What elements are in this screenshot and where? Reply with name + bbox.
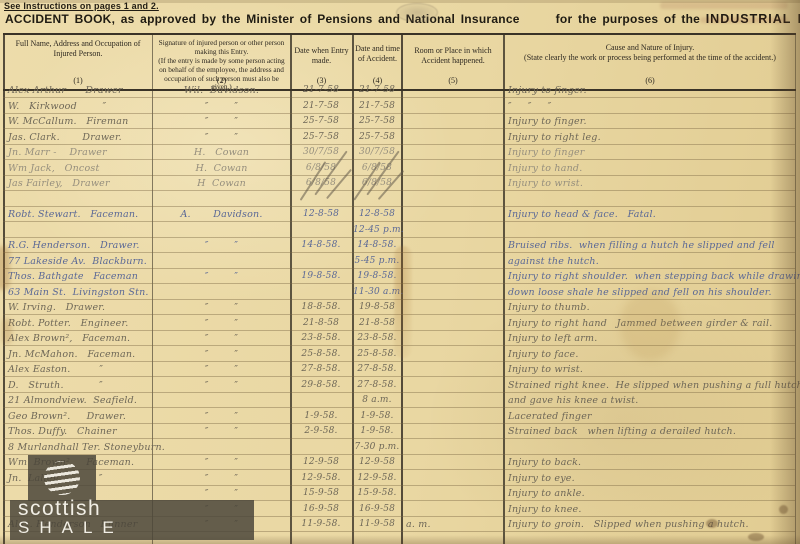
name-cell: D. Struth. ″ [8,381,150,394]
name-cell: Jn. Marr - Drawer [8,148,150,161]
injury-cell: Injury to hand. [508,164,795,177]
accident-date-cell: 27-8-58. [353,381,401,394]
entry-date-cell: 21-7-58 [292,102,350,115]
accident-date-cell: 11-9-58 [353,520,401,533]
name-cell: W. Kirkwood ″ [8,102,150,115]
entry-date-cell: 16-9-58 [292,505,350,518]
signature-cell: ″ ″ [155,319,288,332]
injury-cell: Injury to wrist. [508,179,795,192]
name-cell: Thos. Bathgate Faceman [8,272,150,285]
entry-date-cell: 18-8-58. [292,303,350,316]
entry-date-cell: 29-8-58. [292,381,350,394]
injury-cell: and gave his knee a twist. [508,396,795,409]
entry-date-cell: 23-8-58. [292,334,350,347]
injury-cell: Injury to knee. [508,505,795,518]
name-cell: Alex Easton. ″ [8,365,150,378]
accident-date-cell: 12-8-58 [353,210,401,223]
name-cell: Robt. Potter. Engineer. [8,319,150,332]
injury-cell: Injury to finger. [508,86,795,99]
signature-cell: ″ ″ [155,427,288,440]
injury-cell: ″ ″ ″ [508,102,795,115]
signature-cell: ″ ″ [155,412,288,425]
entry-date-cell: 25-7-58 [292,117,350,130]
injury-cell: Injury to groin. Slipped when pushing a … [508,520,795,533]
signature-cell: Wil. Davidson. [155,86,288,99]
name-cell: Jas. Clark. Drawer. [8,133,150,146]
name-cell: 77 Lakeside Av. Blackburn. [8,257,150,270]
accident-date-cell: 1-9-58. [353,427,401,440]
entry-date-cell: 12-9-58 [292,458,350,471]
injury-cell: Injury to eye. [508,474,795,487]
signature-cell: ″ ″ [155,381,288,394]
ruled-line [3,206,795,207]
accident-date-cell: 12-9-58. [353,474,401,487]
name-cell: Wm Jack, Oncost [8,164,150,177]
signature-cell: ″ ″ [155,117,288,130]
name-cell: W. McCallum. Fireman [8,117,150,130]
signature-cell: ″ ″ [155,102,288,115]
watermark-logo-box [28,455,96,501]
signature-cell: ″ ″ [155,350,288,363]
accident-date-cell: 7-30 p.m. [353,443,401,456]
globe-icon [44,461,80,495]
accident-date-cell: 16-9-58 [353,505,401,518]
entry-date-cell: 19-8-58. [292,272,350,285]
accident-date-cell: 21-7-58 [353,102,401,115]
injury-cell: Injury to wrist. [508,365,795,378]
entry-date-cell: 12-8-58 [292,210,350,223]
paper-stain [2,318,12,344]
entry-date-cell: 12-9-58. [292,474,350,487]
injury-cell: Injury to ankle. [508,489,795,502]
accident-date-cell: 1-9-58. [353,412,401,425]
paper-stain [620,290,680,360]
scan-edge-shadow [770,0,800,544]
signature-cell: H Cowan [155,179,288,192]
injury-cell: Lacerated finger [508,412,795,425]
accident-date-cell: 27-8-58. [353,365,401,378]
injury-cell: Injury to back. [508,458,795,471]
accident-date-cell: 15-9-58. [353,489,401,502]
signature-cell: H. Cowan [155,164,288,177]
signature-cell: ″ ″ [155,474,288,487]
name-cell: 63 Main St. Livingston Stn. [8,288,150,301]
accident-date-cell: 12-9-58 [353,458,401,471]
injury-cell: Strained back when lifting a derailed hu… [508,427,795,440]
injury-cell: Injury to right shoulder. when stepping … [508,272,795,285]
paper-stain [0,246,10,290]
signature-cell: H. Cowan [155,148,288,161]
injury-cell: against the hutch. [508,257,795,270]
signature-cell: ″ ″ [155,272,288,285]
watermark: scottish SHALE [10,500,254,540]
signature-cell: ″ ″ [155,303,288,316]
injury-cell: Bruised ribs. when filling a hutch he sl… [508,241,795,254]
signature-cell: ″ ″ [155,334,288,347]
name-cell: Alex Brown², Faceman. [8,334,150,347]
name-cell: Jas Fairley, Drawer [8,179,150,192]
entry-date-cell: 15-9-58 [292,489,350,502]
entry-date-cell: 27-8-58. [292,365,350,378]
accident-date-cell: 12-45 p.m. [353,226,401,239]
paper-stain [394,246,412,358]
name-cell: Geo Brown². Drawer. [8,412,150,425]
name-cell: Robt. Stewart. Faceman. [8,210,150,223]
entry-date-cell: 21-7-58 [292,86,350,99]
scan-edge-shadow [0,0,800,3]
accident-book-page: See Instructions on pages 1 and 2. ACCID… [0,0,800,544]
injury-cell: Injury to head & face. Fatal. [508,210,795,223]
entry-date-cell: 25-7-58 [292,133,350,146]
signature-cell: ″ ″ [155,133,288,146]
entry-date-cell: 21-8-58 [292,319,350,332]
entry-date-cell: 1-9-58. [292,412,350,425]
name-cell: Thos. Duffy. Chainer [8,427,150,440]
entry-date-cell: 2-9-58. [292,427,350,440]
injury-cell: Injury to finger. [508,117,795,130]
entry-date-cell: 25-8-58. [292,350,350,363]
paper-spot [706,519,718,528]
name-cell: 21 Almondview. Seafield. [8,396,150,409]
signature-cell: ″ ″ [155,365,288,378]
signature-cell: A. Davidson. [155,210,288,223]
injury-cell: Strained right knee. He slipped when pus… [508,381,795,394]
entry-date-cell: 11-9-58. [292,520,350,533]
watermark-text-shale: SHALE [18,518,254,537]
entry-date-cell: 14-8-58. [292,241,350,254]
watermark-text-scottish: scottish [18,500,254,518]
place-cell: a. m. [406,520,501,533]
name-cell: 8 Murlandhall Ter. Stoneyburn. [8,443,150,456]
name-cell: R.G. Henderson. Drawer. [8,241,150,254]
injury-cell: Injury to finger [508,148,795,161]
name-cell: W. Irving. Drawer. [8,303,150,316]
name-cell: Jn. McMahon. Faceman. [8,350,150,363]
accident-date-cell: 8 a.m. [353,396,401,409]
name-cell: Alex Arthur Drawer [8,86,150,99]
accident-date-cell: 25-7-58 [353,133,401,146]
signature-cell: ″ ″ [155,458,288,471]
accident-date-cell: 21-7-58 [353,86,401,99]
accident-date-cell: 25-7-58 [353,117,401,130]
signature-cell: ″ ″ [155,241,288,254]
injury-cell: Injury to right leg. [508,133,795,146]
